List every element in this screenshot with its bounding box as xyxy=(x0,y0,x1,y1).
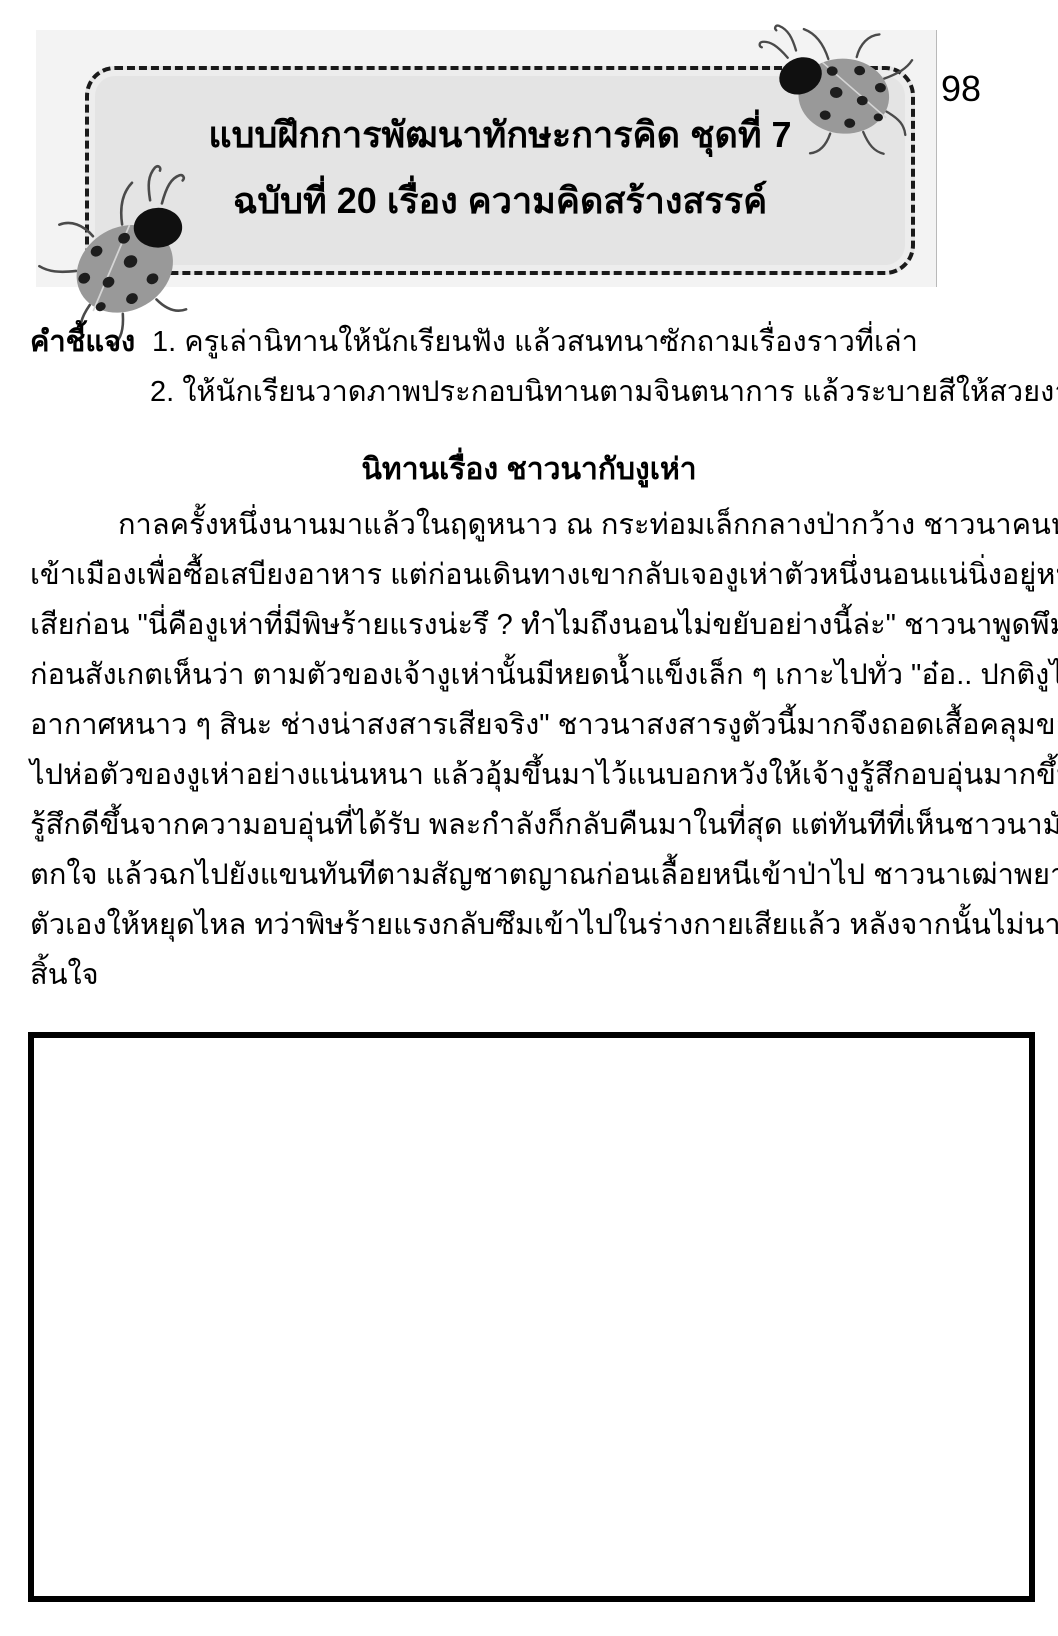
page-number: 98 xyxy=(941,68,981,110)
story-line: อากาศหนาว ๆ สินะ ช่างน่าสงสารเสียจริง" ช… xyxy=(30,700,1030,750)
story-line: รู้สึกดีขึ้นจากความอบอุ่นที่ได้รับ พละกำ… xyxy=(30,800,1030,850)
story-line: ไปห่อตัวของงูเห่าอย่างแน่นหนา แล้วอุ้มขึ… xyxy=(30,750,1030,800)
drawing-area-box xyxy=(28,1032,1035,1602)
story-line: กาลครั้งหนึ่งนานมาแล้วในฤดูหนาว ณ กระท่อ… xyxy=(30,500,1030,550)
story-line: เสียก่อน "นี่คืองูเห่าที่มีพิษร้ายแรงน่ะ… xyxy=(30,600,1030,650)
header-title: แบบฝึกการพัฒนาทักษะการคิด ชุดที่ 7 ฉบับท… xyxy=(89,102,911,234)
instruction-item-1: 1. ครูเล่านิทานให้นักเรียนฟัง แล้วสนทนาซ… xyxy=(152,318,918,366)
story-title: นิทานเรื่อง ชาวนากับงูเห่า xyxy=(0,446,1058,494)
header-title-line1: แบบฝึกการพัฒนาทักษะการคิด ชุดที่ 7 xyxy=(89,102,911,168)
header-title-box: แบบฝึกการพัฒนาทักษะการคิด ชุดที่ 7 ฉบับท… xyxy=(85,66,915,275)
story-body: กาลครั้งหนึ่งนานมาแล้วในฤดูหนาว ณ กระท่อ… xyxy=(30,500,1030,1000)
story-line: ก่อนสังเกตเห็นว่า ตามตัวของเจ้างูเห่านั้… xyxy=(30,650,1030,700)
story-line: ตกใจ แล้วฉกไปยังแขนทันทีตามสัญชาตญาณก่อน… xyxy=(30,850,1030,900)
instructions-label: คำชี้แจง xyxy=(30,318,135,366)
story-line: เข้าเมืองเพื่อซื้อเสบียงอาหาร แต่ก่อนเดิ… xyxy=(30,550,1030,600)
instruction-item-2: 2. ให้นักเรียนวาดภาพประกอบนิทานตามจินตนา… xyxy=(150,368,1058,416)
story-line: ตัวเองให้หยุดไหล ทว่าพิษร้ายแรงกลับซึมเข… xyxy=(30,900,1030,950)
header-title-line2: ฉบับที่ 20 เรื่อง ความคิดสร้างสรรค์ xyxy=(89,168,911,234)
worksheet-page: แบบฝึกการพัฒนาทักษะการคิด ชุดที่ 7 ฉบับท… xyxy=(0,0,1058,1636)
story-line: สิ้นใจ xyxy=(30,950,1030,1000)
header-banner: แบบฝึกการพัฒนาทักษะการคิด ชุดที่ 7 ฉบับท… xyxy=(36,30,937,287)
